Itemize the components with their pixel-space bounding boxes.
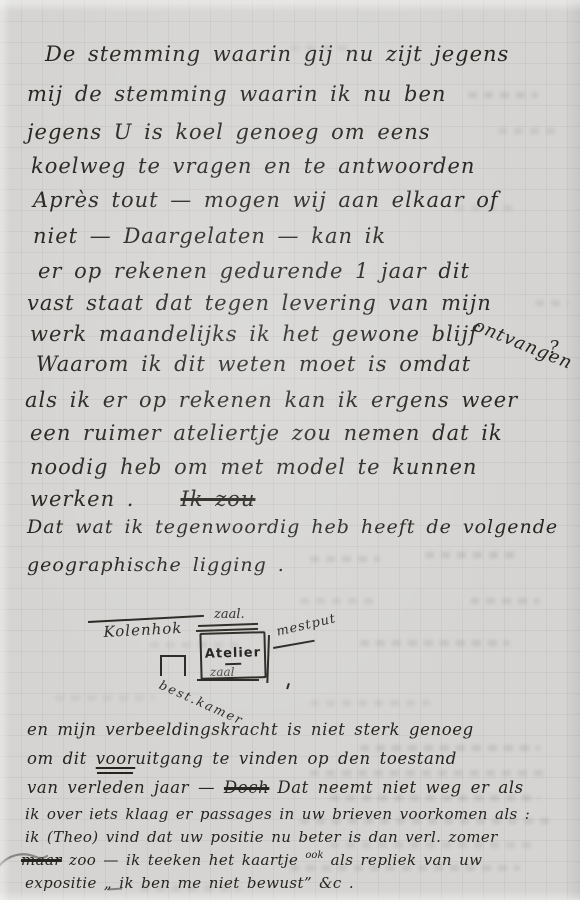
- letter-line-10: Waarom ik dit weten moet is omdat: [36, 352, 471, 376]
- sketch-label-mestput: mestput: [275, 611, 338, 639]
- ink-bleed-mark: [535, 300, 569, 306]
- ink-bleed-mark: [310, 556, 380, 562]
- letter-line-04: koelweg te vragen en te antwoorden: [31, 154, 475, 178]
- letter-line-11: als ik er op rekenen kan ik ergens weer: [25, 388, 518, 412]
- double-underlined-text: voor: [96, 749, 135, 768]
- letter-line-01: De stemming waarin gij nu zijt jegens: [45, 42, 509, 66]
- postscript-line-4: ik over iets klaag er passages in uw bri…: [25, 806, 530, 823]
- handwritten-letter-page: De stemming waarin gij nu zijt jegens mi…: [0, 0, 580, 900]
- letter-line-12: een ruimer ateliertje zou nemen dat ik: [30, 421, 503, 445]
- line-text: Waarom ik dit weten moet is omdat: [36, 352, 471, 376]
- sketch-stroke: [198, 623, 258, 627]
- line-text: zoo — ik teeken het kaartje: [62, 851, 306, 869]
- postscript-line-3: van verleden jaar — DochDat neemt niet w…: [27, 779, 524, 798]
- postscript-line-6: maar zoo — ik teeken het kaartje ook als…: [21, 852, 482, 869]
- letter-line-09: werk maandelijks ik het gewone blijf: [30, 322, 478, 346]
- line-text: expositie „ ik ben me niet bewust” &c .: [25, 874, 354, 892]
- line-text: Dat neemt niet weg er als: [277, 778, 523, 797]
- struck-text: Doch: [224, 778, 269, 797]
- sketch-label-zaal-bottom: zaal: [210, 665, 234, 679]
- ink-bleed-mark: [300, 598, 380, 604]
- letter-line-16: geographische ligging .: [27, 555, 285, 577]
- letter-line-08: vast staat dat tegen levering van mijn: [27, 291, 492, 315]
- line-text: jegens U is koel genoeg om eens: [27, 120, 431, 144]
- ink-bleed-mark: [310, 770, 545, 776]
- letter-line-07: er op rekenen gedurende 1 jaar dit: [38, 259, 470, 283]
- sketch-label-best-kamer: best.kamer: [157, 677, 246, 728]
- question-mark: ?: [549, 338, 560, 359]
- sketch-doorway-mark: [160, 655, 186, 676]
- line-text: noodig heb om met model te kunnen: [30, 455, 477, 479]
- superscript-text: ook: [305, 850, 323, 861]
- sketch-stroke: [273, 640, 315, 649]
- line-text: De stemming waarin gij nu zijt jegens: [45, 42, 509, 66]
- line-text: uitgang te vinden op den toestand: [135, 749, 457, 768]
- sketch-label-kolenhok: Kolenhok: [103, 619, 183, 641]
- line-text: om dit: [27, 749, 96, 768]
- sketch-label-zaal-top: zaal.: [214, 607, 245, 622]
- line-text: van verleden jaar —: [27, 778, 224, 797]
- letter-line-05: Après tout — mogen wij aan elkaar of: [33, 188, 499, 212]
- postscript-line-5: ik (Theo) vind dat uw positie nu beter i…: [25, 829, 498, 846]
- line-text: vast staat dat tegen levering van mijn: [27, 291, 492, 315]
- pencil-flourish-mark: [0, 845, 48, 875]
- struck-text: Ik zou: [180, 487, 255, 511]
- line-text: als ik er op rekenen kan ik ergens weer: [25, 388, 518, 412]
- line-text: ik (Theo) vind dat uw positie nu beter i…: [25, 828, 498, 846]
- sketch-label-atelier: Atelier: [205, 645, 262, 661]
- postscript-line-2: om dit vooruitgang te vinden op den toes…: [27, 750, 457, 769]
- letter-line-14: werken .Ik zou: [30, 487, 255, 511]
- line-text: ik over iets klaag er passages in uw bri…: [25, 805, 530, 823]
- line-text: er op rekenen gedurende 1 jaar dit: [38, 259, 470, 283]
- letter-line-03: jegens U is koel genoeg om eens: [27, 120, 431, 144]
- ink-bleed-mark: [468, 92, 538, 98]
- line-text: ?: [549, 337, 560, 358]
- line-text: werken .: [30, 487, 134, 511]
- line-text: ontvangen: [471, 315, 576, 374]
- letter-line-15: Dat wat ik tegenwoordig heb heeft de vol…: [27, 517, 558, 539]
- line-text: niet — Daargelaten — kan ik: [33, 224, 386, 248]
- postscript-line-7: expositie „ ik ben me niet bewust” &c .: [25, 875, 354, 892]
- line-text: Dat wat ik tegenwoordig heb heeft de vol…: [27, 516, 558, 538]
- letter-line-13: noodig heb om met model te kunnen: [30, 455, 477, 479]
- line-text: werk maandelijks ik het gewone blijf: [30, 322, 478, 346]
- line-text: Après tout — mogen wij aan elkaar of: [33, 188, 499, 212]
- ink-bleed-mark: [360, 640, 510, 646]
- sketch-stroke: [266, 635, 270, 683]
- line-text: als repliek van uw: [324, 851, 483, 869]
- ink-bleed-mark: [425, 552, 520, 558]
- ink-bleed-mark: [498, 128, 556, 134]
- sketch-stroke: [286, 683, 290, 689]
- letter-line-02: mij de stemming waarin ik nu ben: [27, 82, 446, 106]
- ink-bleed-mark: [470, 598, 540, 604]
- sketch-stroke: [197, 679, 259, 681]
- letter-line-06: niet — Daargelaten — kan ik: [33, 224, 386, 248]
- line-text: een ruimer ateliertje zou nemen dat ik: [30, 421, 503, 445]
- studio-location-sketch: Kolenhok zaal. Atelier zaal mestput best…: [85, 605, 350, 735]
- line-text: geographische ligging .: [27, 554, 285, 576]
- line-text: koelweg te vragen en te antwoorden: [31, 154, 475, 178]
- line-text: mij de stemming waarin ik nu ben: [27, 82, 446, 106]
